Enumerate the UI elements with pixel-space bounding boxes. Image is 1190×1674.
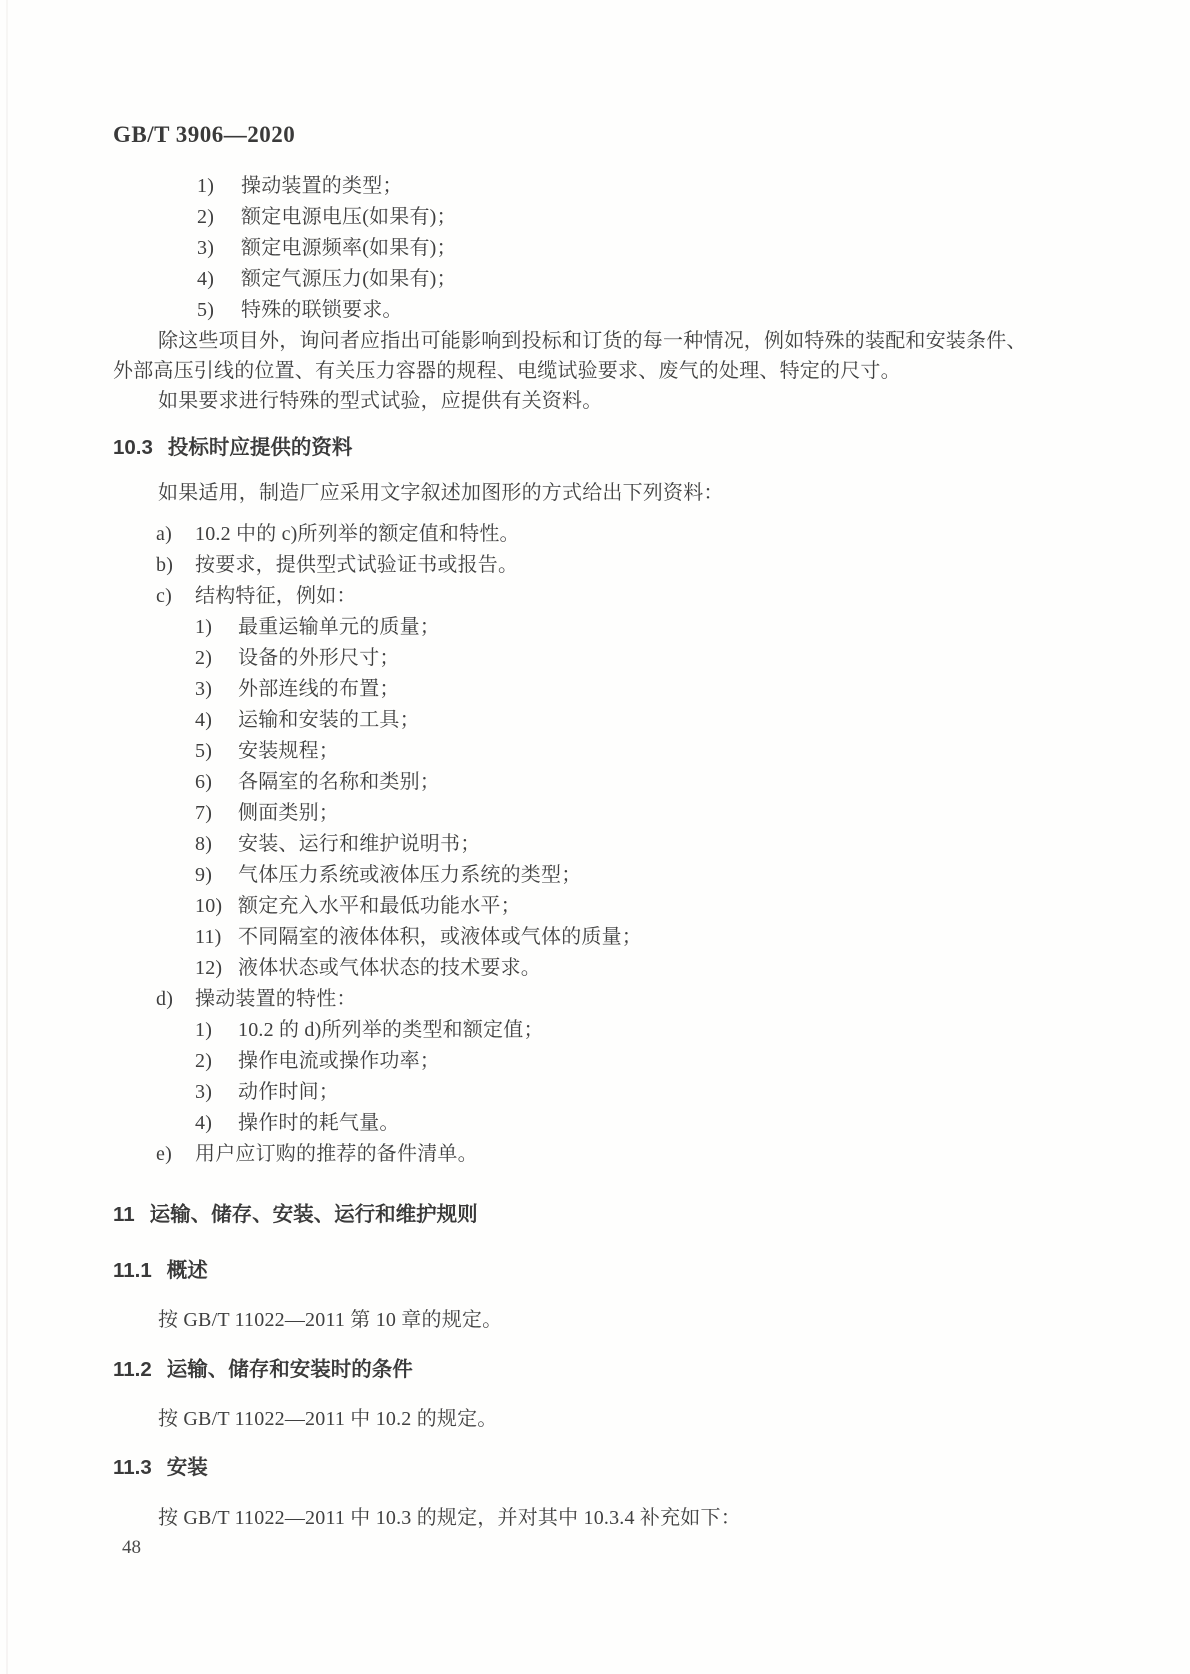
heading-title: 安装 [167, 1453, 208, 1483]
item-text: 液体状态或气体状态的技术要求。 [238, 953, 541, 984]
heading-number: 11.2 [113, 1355, 152, 1385]
list-item: 1) 最重运输单元的质量； [195, 612, 1113, 643]
paragraph-11-1: 按 GB/T 11022—2011 第 10 章的规定。 [113, 1305, 1113, 1335]
list-item: 7) 侧面类别； [195, 798, 1113, 829]
item-marker: 4) [195, 705, 238, 736]
item-marker: 1) [195, 1015, 238, 1046]
item-text: 最重运输单元的质量； [238, 612, 440, 643]
item-text: 用户应订购的推荐的备件清单。 [195, 1139, 478, 1170]
item-marker: d) [156, 984, 195, 1015]
list-item: 8) 安装、运行和维护说明书； [195, 829, 1113, 860]
list-item: 5) 特殊的联锁要求。 [197, 295, 1113, 326]
item-marker: 8) [195, 829, 238, 860]
list-item: b) 按要求，提供型式试验证书或报告。 [156, 550, 1113, 581]
item-text: 侧面类别； [238, 798, 339, 829]
item-text: 操动装置的特性： [195, 984, 357, 1015]
item-text: 不同隔室的液体体积，或液体或气体的质量； [238, 922, 642, 953]
page-number: 48 [122, 1536, 141, 1560]
item-marker: 11) [195, 922, 238, 953]
heading-title: 运输、储存、安装、运行和维护规则 [150, 1200, 478, 1230]
list-item: 5) 安装规程； [195, 736, 1113, 767]
section-heading-11-3: 11.3 安装 [113, 1453, 1113, 1483]
item-text: 操动装置的类型； [241, 171, 403, 202]
item-text: 安装、运行和维护说明书； [238, 829, 480, 860]
paragraph-line: 外部高压引线的位置、有关压力容器的规程、电缆试验要求、废气的处理、特定的尺寸。 [113, 356, 1113, 386]
section-heading-10-3: 10.3 投标时应提供的资料 [113, 433, 1113, 463]
paragraph-if-applicable: 如果适用，制造厂应采用文字叙述加图形的方式给出下列资料： [113, 478, 1113, 508]
item-marker: 6) [195, 767, 238, 798]
item-text: 10.2 中的 c)所列举的额定值和特性。 [195, 519, 520, 550]
list-item: 10) 额定充入水平和最低功能水平； [195, 891, 1113, 922]
document-page: GB/T 3906—2020 1) 操动装置的类型； 2) 额定电源电压(如果有… [0, 0, 1190, 1674]
standard-number-header: GB/T 3906—2020 [113, 120, 1113, 150]
item-marker: 3) [195, 674, 238, 705]
list-item: 12) 液体状态或气体状态的技术要求。 [195, 953, 1113, 984]
list-item: 6) 各隔室的名称和类别； [195, 767, 1113, 798]
heading-title: 运输、储存和安装时的条件 [167, 1355, 413, 1385]
list-item: 3) 动作时间； [195, 1077, 1113, 1108]
item-text: 各隔室的名称和类别； [238, 767, 440, 798]
item-text: 操作电流或操作功率； [238, 1046, 440, 1077]
item-marker: 3) [197, 233, 241, 264]
item-text: 额定电源电压(如果有)； [241, 202, 457, 233]
intro-list: 1) 操动装置的类型； 2) 额定电源电压(如果有)； 3) 额定电源频率(如果… [113, 171, 1113, 326]
scan-edge-artifact [6, 0, 8, 1674]
item-text: 动作时间； [238, 1077, 339, 1108]
list-item: c) 结构特征，例如： [156, 581, 1113, 612]
list-item: 4) 操作时的耗气量。 [195, 1108, 1113, 1139]
item-text: 额定电源频率(如果有)； [241, 233, 457, 264]
item-marker: 4) [197, 264, 241, 295]
item-marker: 1) [195, 612, 238, 643]
item-marker: 12) [195, 953, 238, 984]
item-text: 特殊的联锁要求。 [241, 295, 403, 326]
list-item: 2) 设备的外形尺寸； [195, 643, 1113, 674]
item-text: 设备的外形尺寸； [238, 643, 400, 674]
list-item: 3) 外部连线的布置； [195, 674, 1113, 705]
item-marker: e) [156, 1139, 195, 1170]
item-marker: 2) [195, 643, 238, 674]
list-item: 1) 10.2 的 d)所列举的类型和额定值； [195, 1015, 1113, 1046]
heading-number: 10.3 [113, 433, 153, 463]
item-marker: 2) [195, 1046, 238, 1077]
item-marker: 3) [195, 1077, 238, 1108]
list-item: a) 10.2 中的 c)所列举的额定值和特性。 [156, 519, 1113, 550]
list-item: 11) 不同隔室的液体体积，或液体或气体的质量； [195, 922, 1113, 953]
item-text: 操作时的耗气量。 [238, 1108, 400, 1139]
paragraph-11-2: 按 GB/T 11022—2011 中 10.2 的规定。 [113, 1404, 1113, 1434]
item-marker: 10) [195, 891, 238, 922]
list-item: d) 操动装置的特性： [156, 984, 1113, 1015]
heading-title: 投标时应提供的资料 [168, 433, 353, 463]
section-heading-11-1: 11.1 概述 [113, 1256, 1113, 1286]
item-text: 运输和安装的工具； [238, 705, 420, 736]
item-marker: 1) [197, 171, 241, 202]
item-marker: 7) [195, 798, 238, 829]
item-marker: 4) [195, 1108, 238, 1139]
item-marker: 5) [197, 295, 241, 326]
item-marker: 9) [195, 860, 238, 891]
heading-number: 11 [113, 1200, 135, 1230]
item-text: 额定气源压力(如果有)； [241, 264, 457, 295]
document-content: GB/T 3906—2020 1) 操动装置的类型； 2) 额定电源电压(如果有… [113, 0, 1113, 1533]
list-item: 2) 操作电流或操作功率； [195, 1046, 1113, 1077]
paragraph-exclusions: 除这些项目外，询问者应指出可能影响到投标和订货的每一种情况，例如特殊的装配和安装… [113, 326, 1113, 386]
item-text: 结构特征，例如： [195, 581, 357, 612]
section-heading-11-2: 11.2 运输、储存和安装时的条件 [113, 1355, 1113, 1385]
list-item: 3) 额定电源频率(如果有)； [197, 233, 1113, 264]
list-item: 9) 气体压力系统或液体压力系统的类型； [195, 860, 1113, 891]
list-item: 2) 额定电源电压(如果有)； [197, 202, 1113, 233]
item-marker: 5) [195, 736, 238, 767]
item-text: 外部连线的布置； [238, 674, 400, 705]
item-text: 按要求，提供型式试验证书或报告。 [195, 550, 518, 581]
section-heading-11: 11 运输、储存、安装、运行和维护规则 [113, 1200, 1113, 1230]
item-text: 气体压力系统或液体压力系统的类型； [238, 860, 581, 891]
paragraph-11-3: 按 GB/T 11022—2011 中 10.3 的规定，并对其中 10.3.4… [113, 1503, 1113, 1533]
item-text: 安装规程； [238, 736, 339, 767]
tender-data-list: a) 10.2 中的 c)所列举的额定值和特性。 b) 按要求，提供型式试验证书… [113, 519, 1113, 1170]
list-item: e) 用户应订购的推荐的备件清单。 [156, 1139, 1113, 1170]
item-marker: b) [156, 550, 195, 581]
item-text: 10.2 的 d)所列举的类型和额定值； [238, 1015, 544, 1046]
item-marker: a) [156, 519, 195, 550]
list-item: 4) 额定气源压力(如果有)； [197, 264, 1113, 295]
heading-title: 概述 [167, 1256, 208, 1286]
list-item: 1) 操动装置的类型； [197, 171, 1113, 202]
paragraph-type-tests: 如果要求进行特殊的型式试验，应提供有关资料。 [113, 386, 1113, 416]
heading-number: 11.3 [113, 1453, 152, 1483]
list-item: 4) 运输和安装的工具； [195, 705, 1113, 736]
paragraph-line: 除这些项目外，询问者应指出可能影响到投标和订货的每一种情况，例如特殊的装配和安装… [113, 326, 1113, 356]
item-marker: 2) [197, 202, 241, 233]
item-marker: c) [156, 581, 195, 612]
heading-number: 11.1 [113, 1256, 152, 1286]
item-text: 额定充入水平和最低功能水平； [238, 891, 521, 922]
